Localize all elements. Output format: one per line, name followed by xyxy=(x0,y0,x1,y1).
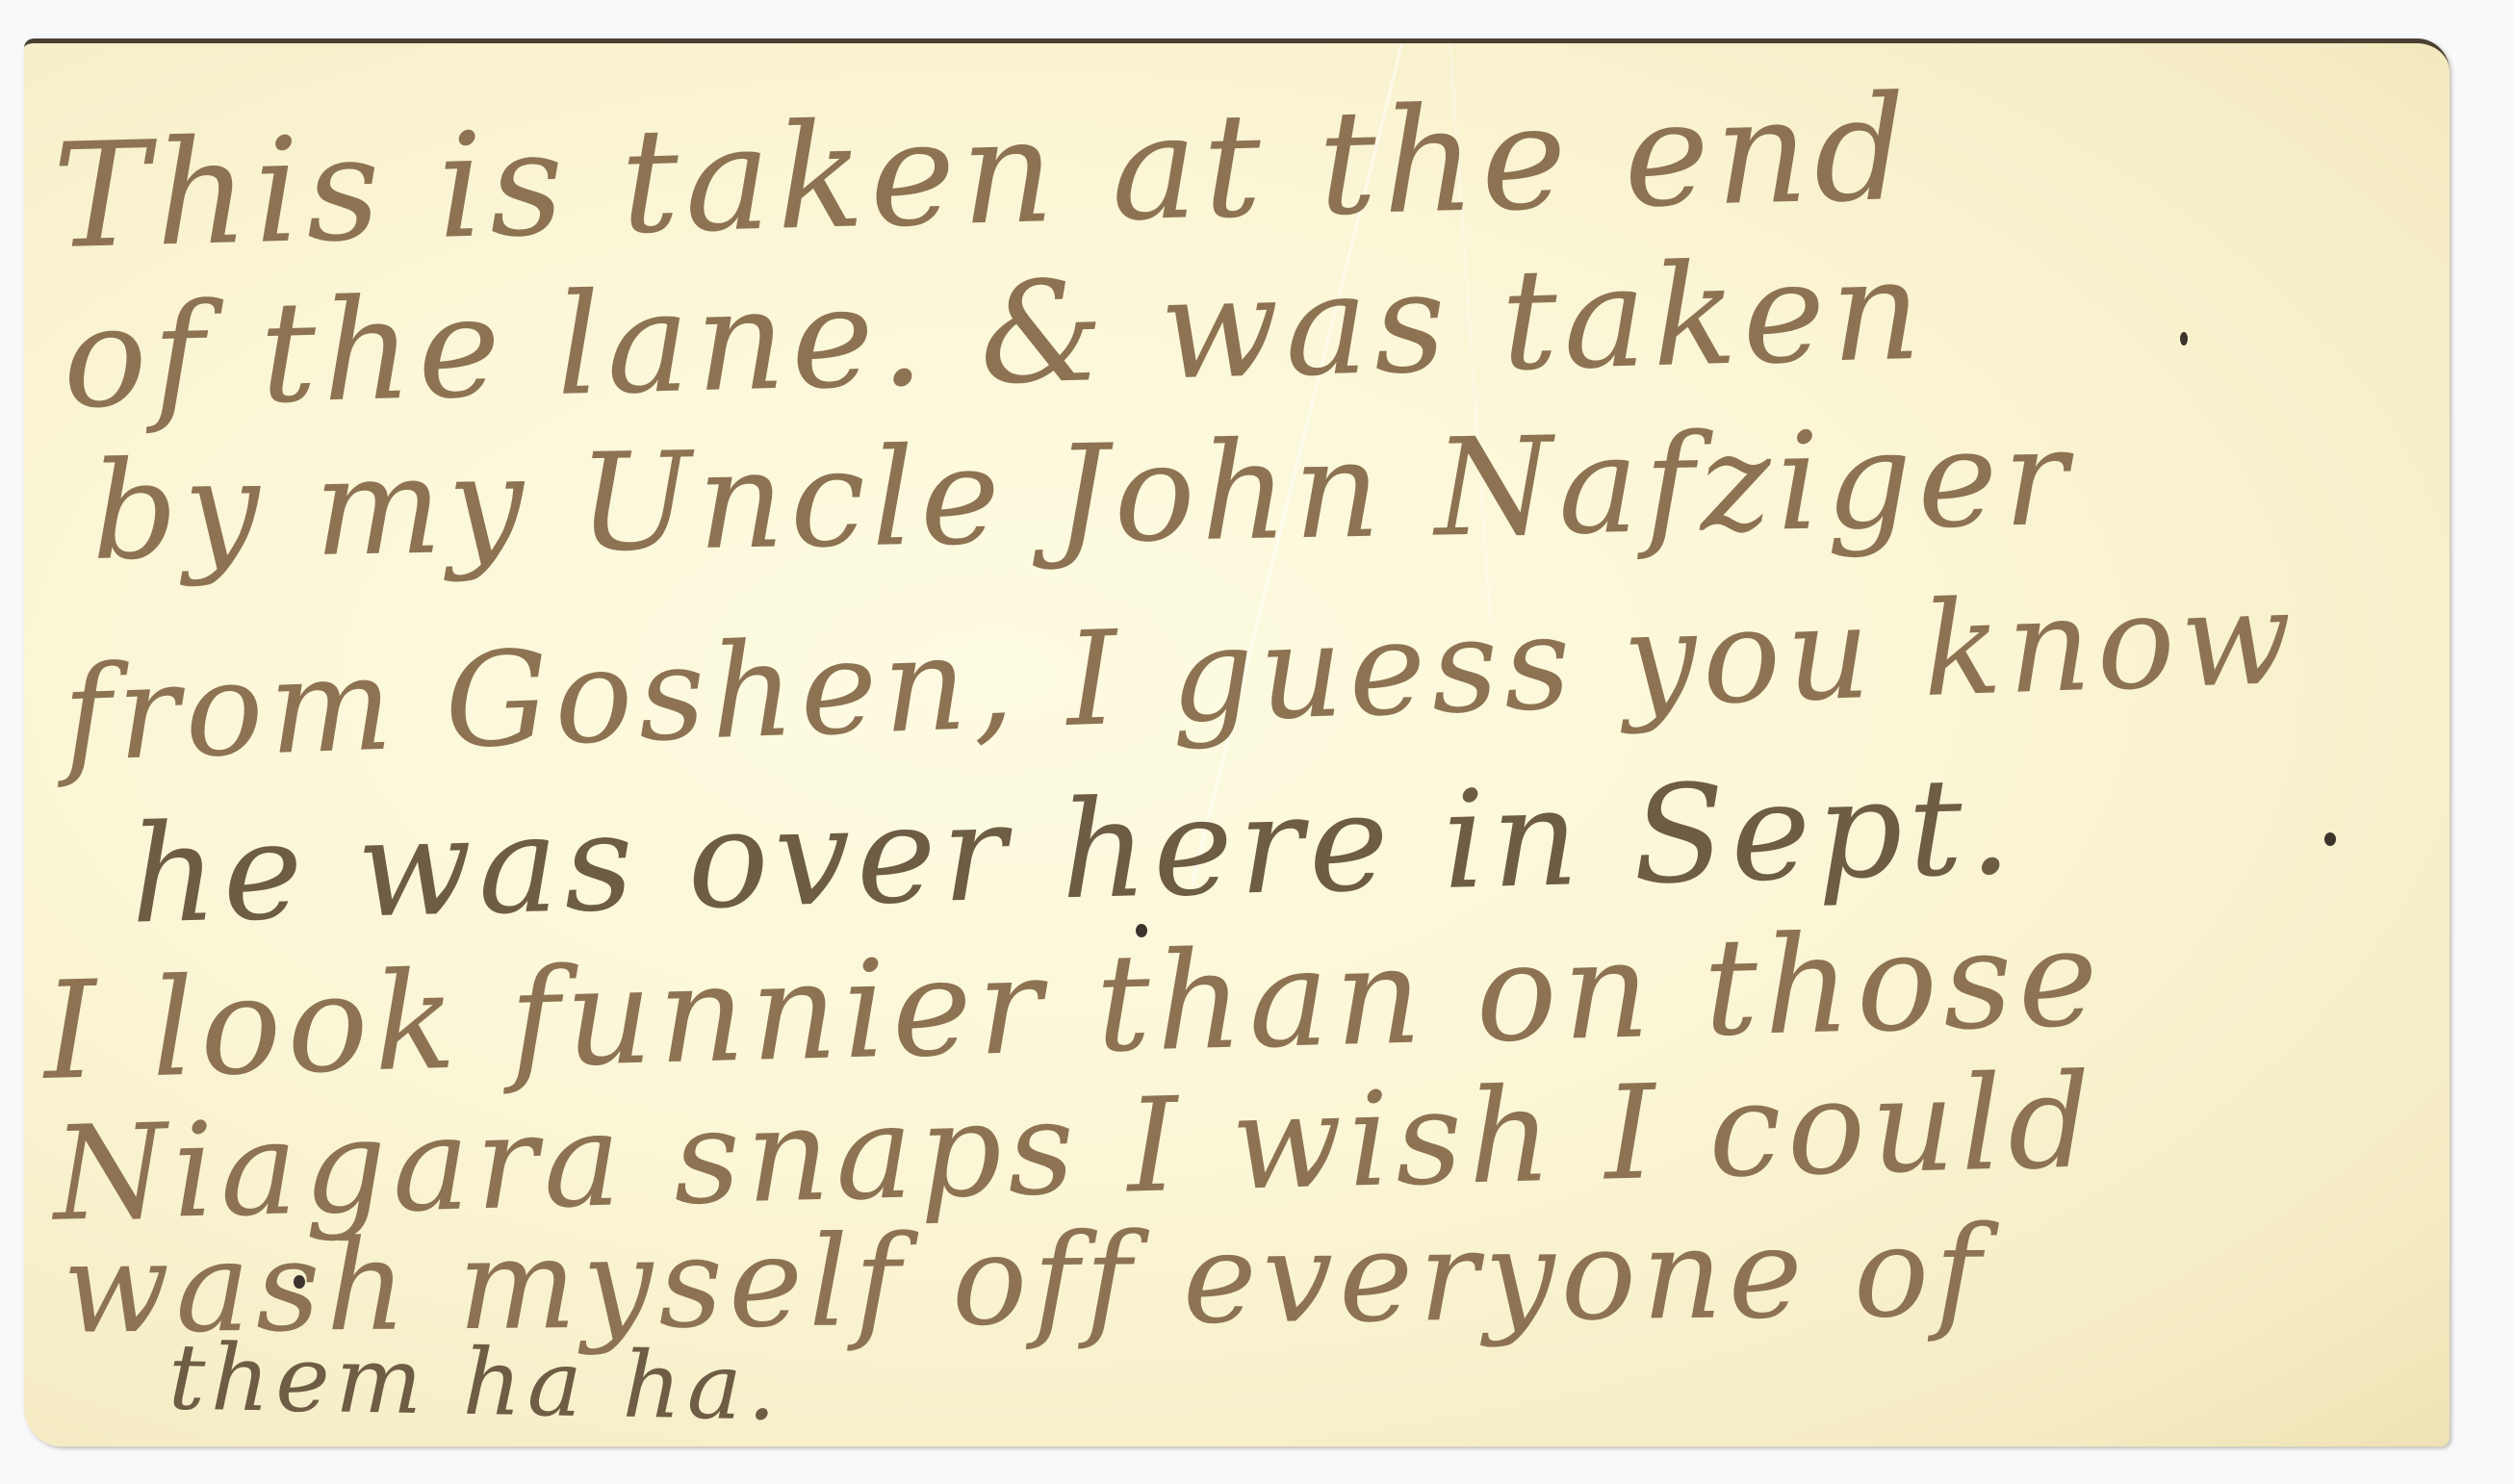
handwritten-line-9: them ha ha. xyxy=(167,1332,782,1434)
ink-dot xyxy=(294,1275,305,1289)
ink-dot xyxy=(2180,332,2188,345)
ink-dot xyxy=(2324,832,2336,846)
ink-dot xyxy=(1136,924,1147,937)
photo-card-back: This is taken at the end of the lane. & … xyxy=(24,38,2450,1446)
handwritten-line-3: by my Uncle John Nafziger xyxy=(90,411,2074,580)
